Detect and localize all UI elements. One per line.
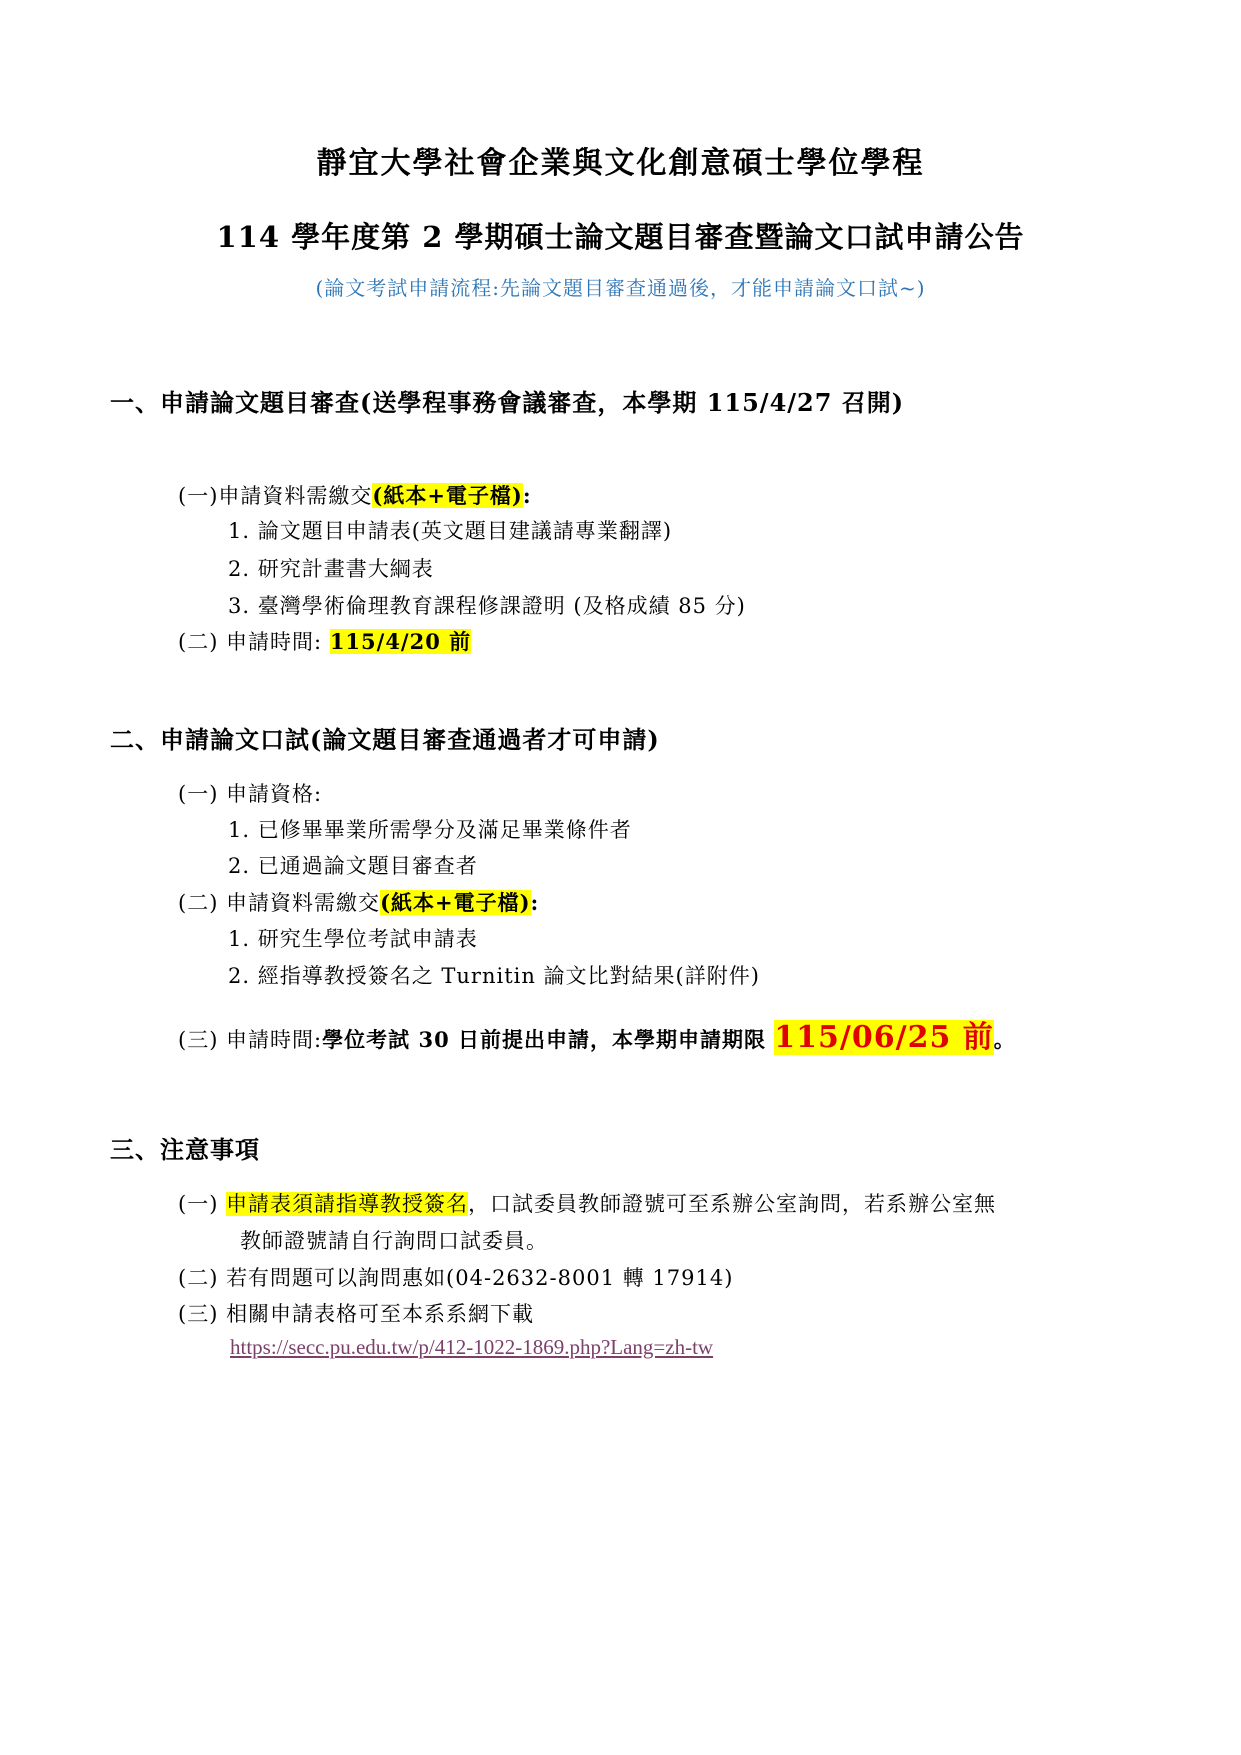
section1-heading: 一、申請論文題目審查(送學程事務會議審查，本學期 115/4/27 召開): [110, 383, 904, 418]
application-time-label: (二) 申請時間:: [178, 630, 330, 654]
notice-item-2: (二) 若有問題可以詢問惠如(04-2632-8001 轉 17914): [178, 1262, 733, 1292]
oral-exam-deadline: 115/06/25 前: [774, 1020, 993, 1055]
notice-item-1: (一) 申請表須請指導教授簽名，口試委員教師證號可至系辦公室詢問，若系辦公室無: [178, 1188, 996, 1218]
paper-electronic-highlight: (紙本+電子檔): [372, 483, 522, 508]
notice-item-2-label: (二): [178, 1266, 226, 1290]
download-note: 相關申請表格可至本系系網下載: [226, 1302, 534, 1326]
section1-sub2: (二) 申請時間: 115/4/20 前: [178, 626, 471, 656]
section1-item-2: 2. 研究計畫書大綱表: [228, 553, 434, 583]
colon: :: [531, 890, 540, 915]
section1-sub1-label: (一)申請資料需繳交: [178, 484, 372, 508]
contact-info: 若有問題可以詢問惠如(04-2632-8001 轉 17914): [226, 1266, 733, 1290]
paper-electronic-highlight: (紙本+電子檔): [380, 890, 530, 915]
notice-item-3-label: (三): [178, 1302, 226, 1326]
oral-exam-deadline-rule: 學位考試 30 日前提出申請，本學期申請期限: [322, 1027, 774, 1052]
notice-item-1-label: (一): [178, 1192, 226, 1216]
process-note: (論文考試申請流程:先論文題目審查通過後，才能申請論文口試~): [0, 272, 1241, 301]
topic-review-deadline: 115/4/20 前: [330, 629, 471, 654]
notice-item-1-text: ，口試委員教師證號可至系辦公室詢問，若系辦公室無: [468, 1192, 996, 1216]
announcement-title: 114 學年度第 2 學期碩士論文題目審查暨論文口試申請公告: [0, 215, 1241, 256]
application-time-label: (三) 申請時間:: [178, 1028, 322, 1052]
notice-item-3: (三) 相關申請表格可至本系系網下載: [178, 1298, 534, 1328]
period: 。: [994, 1027, 1016, 1052]
section2-sub2-label: (二) 申請資料需繳交: [178, 891, 380, 915]
download-link[interactable]: https://secc.pu.edu.tw/p/412-1022-1869.p…: [230, 1335, 713, 1359]
section1-item-3: 3. 臺灣學術倫理教育課程修課證明 (及格成績 85 分): [228, 590, 746, 620]
section2-sub2-item-1: 1. 研究生學位考試申請表: [228, 923, 478, 953]
section2-heading: 二、申請論文口試(論文題目審查通過者才可申請): [110, 720, 660, 755]
download-link-row: https://secc.pu.edu.tw/p/412-1022-1869.p…: [230, 1335, 713, 1360]
section2-sub3: (三) 申請時間:學位考試 30 日前提出申請，本學期申請期限 115/06/2…: [178, 1012, 1016, 1056]
section2-sub1: (一) 申請資格:: [178, 778, 322, 808]
document-page: 靜宜大學社會企業與文化創意碩士學位學程 114 學年度第 2 學期碩士論文題目審…: [0, 0, 1241, 1755]
notice-item-1-continuation: 教師證號請自行詢問口試委員。: [240, 1225, 548, 1255]
section2-sub1-item-2: 2. 已通過論文題目審查者: [228, 850, 478, 880]
document-title: 靜宜大學社會企業與文化創意碩士學位學程: [0, 138, 1241, 182]
section2-sub1-item-1: 1. 已修畢畢業所需學分及滿足畢業條件者: [228, 814, 632, 844]
section3-heading: 三、注意事項: [110, 1130, 260, 1165]
colon: :: [523, 483, 532, 508]
section2-sub2-item-2: 2. 經指導教授簽名之 Turnitin 論文比對結果(詳附件): [228, 960, 760, 990]
advisor-signature-highlight: 申請表須請指導教授簽名: [226, 1192, 468, 1216]
section2-sub2: (二) 申請資料需繳交(紙本+電子檔):: [178, 887, 539, 917]
section1-sub1: (一)申請資料需繳交(紙本+電子檔):: [178, 480, 532, 510]
section1-item-1: 1. 論文題目申請表(英文題目建議請專業翻譯): [228, 515, 672, 545]
